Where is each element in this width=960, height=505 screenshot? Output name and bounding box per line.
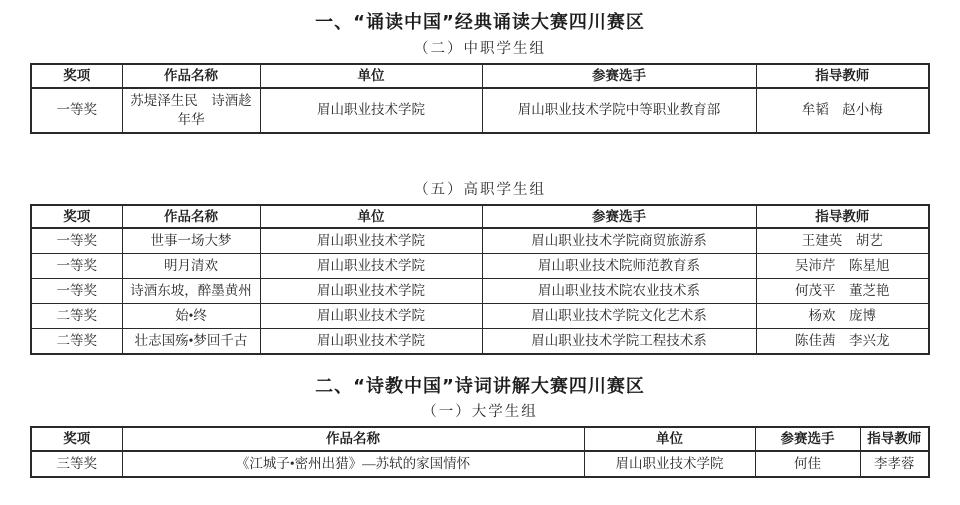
col-header-contestant: 参赛选手 bbox=[755, 427, 860, 451]
table-header-row: 奖项 作品名称 单位 参赛选手 指导教师 bbox=[31, 427, 929, 451]
col-header-work: 作品名称 bbox=[122, 205, 260, 229]
cell-advisor: 王建英 胡艺 bbox=[756, 228, 929, 254]
col-header-work: 作品名称 bbox=[122, 64, 260, 88]
cell-contestant: 眉山职业技术学院文化艺术系 bbox=[482, 304, 756, 329]
table-row: 一等奖 苏堤泽生民 诗酒趁年华 眉山职业技术学院 眉山职业技术学院中等职业教育部… bbox=[31, 88, 929, 133]
cell-work: 明月清欢 bbox=[122, 254, 260, 279]
cell-advisor: 何茂平 董芝艳 bbox=[756, 279, 929, 304]
awards-table-zhongzhi: 奖项 作品名称 单位 参赛选手 指导教师 一等奖 苏堤泽生民 诗酒趁年华 眉山职… bbox=[30, 63, 930, 134]
cell-unit: 眉山职业技术学院 bbox=[260, 329, 482, 355]
cell-unit: 眉山职业技术学院 bbox=[260, 88, 482, 133]
document-page: 一、“诵读中国”经典诵读大赛四川赛区 （二）中职学生组 奖项 作品名称 单位 参… bbox=[0, 0, 960, 505]
col-header-contestant: 参赛选手 bbox=[482, 64, 756, 88]
awards-table-gaozhi: 奖项 作品名称 单位 参赛选手 指导教师 一等奖 世事一场大梦 眉山职业技术学院… bbox=[30, 204, 930, 356]
cell-award: 一等奖 bbox=[31, 279, 122, 304]
cell-contestant: 何佳 bbox=[755, 451, 860, 477]
cell-unit: 眉山职业技术学院 bbox=[260, 254, 482, 279]
col-header-advisor: 指导教师 bbox=[756, 64, 929, 88]
table-row: 一等奖 世事一场大梦 眉山职业技术学院 眉山职业技术学院商贸旅游系 王建英 胡艺 bbox=[31, 228, 929, 254]
cell-award: 二等奖 bbox=[31, 329, 122, 355]
table-row: 一等奖 明月清欢 眉山职业技术学院 眉山职业技术院师范教育系 吴沛芹 陈星旭 bbox=[31, 254, 929, 279]
cell-award: 一等奖 bbox=[31, 254, 122, 279]
cell-award: 一等奖 bbox=[31, 88, 122, 133]
cell-work: 世事一场大梦 bbox=[122, 228, 260, 254]
cell-advisor: 陈佳茜 李兴龙 bbox=[756, 329, 929, 355]
cell-contestant: 眉山职业技术院师范教育系 bbox=[482, 254, 756, 279]
col-header-work: 作品名称 bbox=[122, 427, 584, 451]
cell-work: 诗酒东坡，醉墨黄州 bbox=[122, 279, 260, 304]
section1-title: 一、“诵读中国”经典诵读大赛四川赛区 bbox=[0, 12, 960, 34]
cell-unit: 眉山职业技术学院 bbox=[260, 279, 482, 304]
table-row: 二等奖 壮志国殇•梦回千古 眉山职业技术学院 眉山职业技术学院工程技术系 陈佳茜… bbox=[31, 329, 929, 355]
cell-advisor: 李孝蓉 bbox=[860, 451, 929, 477]
cell-unit: 眉山职业技术学院 bbox=[584, 451, 755, 477]
table-header-row: 奖项 作品名称 单位 参赛选手 指导教师 bbox=[31, 64, 929, 88]
section2-group1-subtitle: （一）大学生组 bbox=[0, 403, 960, 421]
cell-contestant: 眉山职业技术学院商贸旅游系 bbox=[482, 228, 756, 254]
cell-work: 苏堤泽生民 诗酒趁年华 bbox=[122, 88, 260, 133]
awards-table-daxue: 奖项 作品名称 单位 参赛选手 指导教师 三等奖 《江城子•密州出猎》—苏轼的家… bbox=[30, 426, 930, 478]
cell-advisor: 杨欢 庞博 bbox=[756, 304, 929, 329]
section1-group1-subtitle: （二）中职学生组 bbox=[0, 40, 960, 58]
cell-contestant: 眉山职业技术学院工程技术系 bbox=[482, 329, 756, 355]
table-row: 一等奖 诗酒东坡，醉墨黄州 眉山职业技术学院 眉山职业技术院农业技术系 何茂平 … bbox=[31, 279, 929, 304]
col-header-unit: 单位 bbox=[260, 64, 482, 88]
table-header-row: 奖项 作品名称 单位 参赛选手 指导教师 bbox=[31, 205, 929, 229]
cell-contestant: 眉山职业技术院农业技术系 bbox=[482, 279, 756, 304]
cell-advisor: 牟韬 赵小梅 bbox=[756, 88, 929, 133]
table-row: 二等奖 始•终 眉山职业技术学院 眉山职业技术学院文化艺术系 杨欢 庞博 bbox=[31, 304, 929, 329]
col-header-award: 奖项 bbox=[31, 205, 122, 229]
col-header-contestant: 参赛选手 bbox=[482, 205, 756, 229]
cell-contestant: 眉山职业技术学院中等职业教育部 bbox=[482, 88, 756, 133]
cell-work: 《江城子•密州出猎》—苏轼的家国情怀 bbox=[122, 451, 584, 477]
cell-work: 始•终 bbox=[122, 304, 260, 329]
col-header-award: 奖项 bbox=[31, 427, 122, 451]
cell-unit: 眉山职业技术学院 bbox=[260, 304, 482, 329]
cell-award: 一等奖 bbox=[31, 228, 122, 254]
col-header-award: 奖项 bbox=[31, 64, 122, 88]
section2-title: 二、“诗教中国”诗词讲解大赛四川赛区 bbox=[0, 376, 960, 398]
col-header-unit: 单位 bbox=[584, 427, 755, 451]
col-header-unit: 单位 bbox=[260, 205, 482, 229]
cell-unit: 眉山职业技术学院 bbox=[260, 228, 482, 254]
cell-work: 壮志国殇•梦回千古 bbox=[122, 329, 260, 355]
cell-advisor: 吴沛芹 陈星旭 bbox=[756, 254, 929, 279]
col-header-advisor: 指导教师 bbox=[860, 427, 929, 451]
table-row: 三等奖 《江城子•密州出猎》—苏轼的家国情怀 眉山职业技术学院 何佳 李孝蓉 bbox=[31, 451, 929, 477]
cell-award: 三等奖 bbox=[31, 451, 122, 477]
cell-award: 二等奖 bbox=[31, 304, 122, 329]
col-header-advisor: 指导教师 bbox=[756, 205, 929, 229]
section1-group2-subtitle: （五）高职学生组 bbox=[0, 181, 960, 199]
